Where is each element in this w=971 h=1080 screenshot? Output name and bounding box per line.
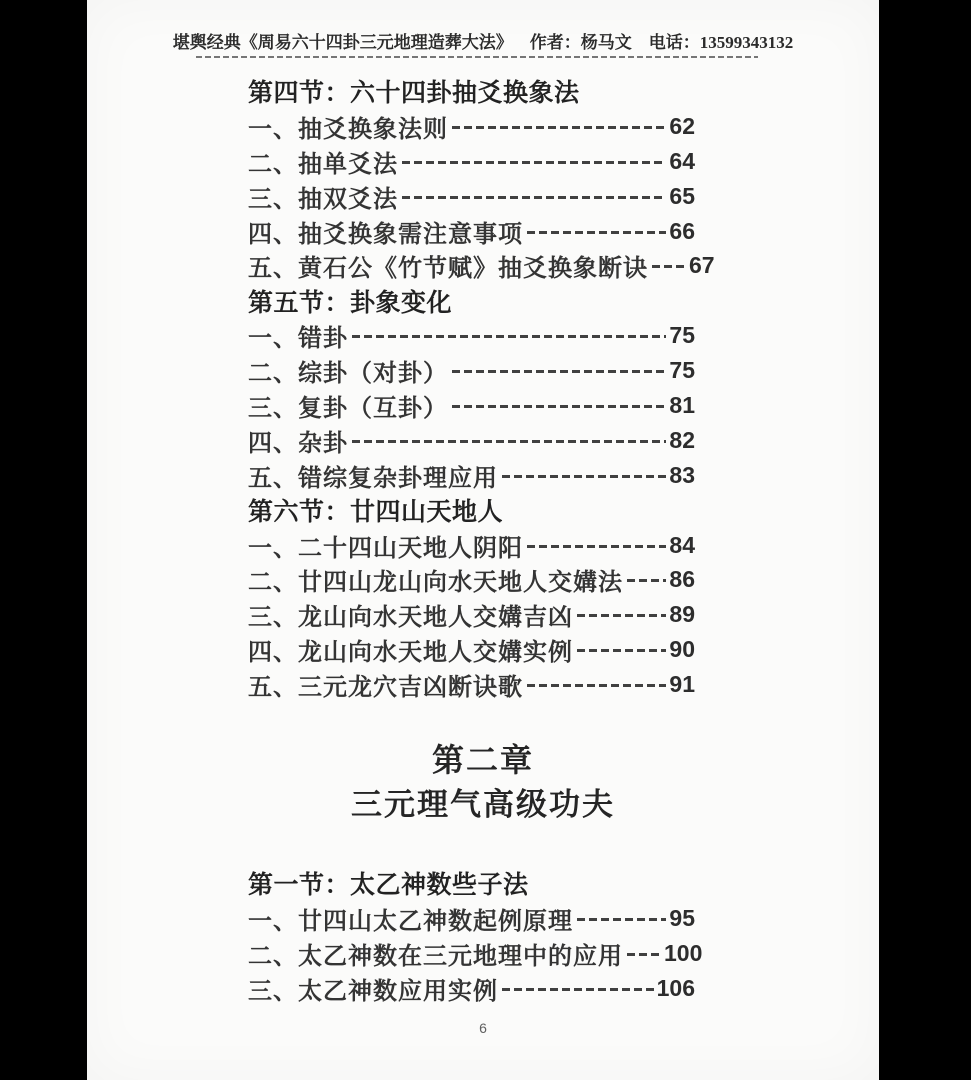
dash-leader [577,918,666,921]
toc-item-title: 三、抽双爻法 [248,179,398,214]
toc-item-title: 一、抽爻换象法则 [248,109,448,144]
dash-leader [627,579,666,582]
toc-item-page: 75 [669,322,695,349]
toc-section-heading: 第五节：卦象变化 [248,283,695,318]
toc-item-page: 95 [669,905,695,932]
toc-item: 二、太乙神数在三元地理中的应用 100 [248,936,695,971]
toc-item-page: 64 [669,148,695,175]
chapter-number: 第二章 [87,738,879,782]
toc-item: 五、三元龙穴吉凶断诀歌 91 [248,667,695,702]
toc-item-title: 五、黄石公《竹节赋》抽爻换象断诀 [248,248,648,283]
toc-item-page: 90 [669,636,695,663]
toc-item-title: 五、三元龙穴吉凶断诀歌 [248,667,523,702]
toc-item-page: 67 [689,252,715,279]
toc-item-title: 二、综卦（对卦） [248,353,448,388]
toc-item-title: 五、错综复杂卦理应用 [248,458,498,493]
toc-item-title: 二、廿四山龙山向水天地人交媾法 [248,562,623,597]
toc-item: 五、黄石公《竹节赋》抽爻换象断诀 67 [248,248,695,283]
toc-section-heading: 第六节：廿四山天地人 [248,493,695,528]
toc-item-title: 四、龙山向水天地人交媾实例 [248,632,573,667]
toc-item-title: 三、龙山向水天地人交媾吉凶 [248,597,573,632]
dash-leader [452,126,666,129]
dash-leader [577,649,666,652]
running-header: 堪舆经典《周易六十四卦三元地理造葬大法》 作者：杨马文 电话：135993431… [87,28,879,53]
toc-section-heading: 第四节：六十四卦抽爻换象法 [248,74,695,109]
toc-item-page: 81 [669,392,695,419]
toc-item-title: 一、二十四山天地人阴阳 [248,528,523,563]
dash-leader [402,161,666,164]
toc-item: 二、廿四山龙山向水天地人交媾法 86 [248,562,695,597]
toc-item-page: 65 [669,183,695,210]
toc-item-title: 三、复卦（互卦） [248,388,448,423]
dash-leader [452,405,666,408]
header-divider [196,56,758,58]
dash-leader [577,614,666,617]
dash-leader [527,231,666,234]
toc-item-title: 二、抽单爻法 [248,144,398,179]
toc-item: 四、杂卦 82 [248,423,695,458]
toc-item-page: 62 [669,113,695,140]
document-page: 堪舆经典《周易六十四卦三元地理造葬大法》 作者：杨马文 电话：135993431… [87,0,879,1080]
dash-leader [352,440,666,443]
table-of-contents-chapter2: 第一节：太乙神数些子法 一、廿四山太乙神数起例原理 95 二、太乙神数在三元地理… [248,866,695,1006]
dash-leader [352,335,666,338]
toc-item-title: 一、廿四山太乙神数起例原理 [248,901,573,936]
toc-item-page: 106 [657,975,695,1002]
toc-item-page: 91 [669,671,695,698]
dash-leader [527,684,666,687]
toc-item-page: 75 [669,357,695,384]
toc-item: 三、抽双爻法 65 [248,179,695,214]
toc-item-page: 86 [669,566,695,593]
dash-leader [402,196,666,199]
chapter-title-block: 第二章 三元理气高级功夫 [87,738,879,828]
toc-item-page: 83 [669,462,695,489]
toc-item: 一、错卦 75 [248,318,695,353]
toc-item: 三、太乙神数应用实例 106 [248,971,695,1006]
toc-item-title: 二、太乙神数在三元地理中的应用 [248,936,623,971]
toc-item: 一、廿四山太乙神数起例原理 95 [248,901,695,936]
toc-item: 四、龙山向水天地人交媾实例 90 [248,632,695,667]
toc-item: 一、抽爻换象法则 62 [248,109,695,144]
dash-leader [452,370,666,373]
dash-leader [527,545,666,548]
toc-item-title: 四、杂卦 [248,423,348,458]
toc-item: 一、二十四山天地人阴阳 84 [248,528,695,563]
book-title: 堪舆经典《周易六十四卦三元地理造葬大法》 [173,28,513,53]
toc-item: 三、复卦（互卦） 81 [248,388,695,423]
page-number: 6 [87,1020,879,1036]
toc-item: 二、综卦（对卦） 75 [248,353,695,388]
toc-item-page: 82 [669,427,695,454]
toc-item-page: 100 [664,940,702,967]
toc-item-page: 89 [669,601,695,628]
author: 作者：杨马文 [530,28,632,53]
dash-leader [502,988,654,991]
toc-item-title: 三、太乙神数应用实例 [248,971,498,1006]
toc-item-title: 一、错卦 [248,318,348,353]
dash-leader [502,475,666,478]
chapter-name: 三元理气高级功夫 [87,782,879,828]
toc-item: 四、抽爻换象需注意事项 66 [248,214,695,249]
toc-item: 五、错综复杂卦理应用 83 [248,458,695,493]
dash-leader [652,265,686,268]
dash-leader [627,953,661,956]
phone: 电话：13599343132 [649,28,794,53]
toc-item-page: 84 [669,532,695,559]
toc-item-page: 66 [669,218,695,245]
toc-section-heading: 第一节：太乙神数些子法 [248,866,695,901]
toc-item-title: 四、抽爻换象需注意事项 [248,214,523,249]
table-of-contents: 第四节：六十四卦抽爻换象法 一、抽爻换象法则 62 二、抽单爻法 64 三、抽双… [248,74,695,702]
toc-item: 三、龙山向水天地人交媾吉凶 89 [248,597,695,632]
toc-item: 二、抽单爻法 64 [248,144,695,179]
scanned-book-page: { "header": { "title": "堪舆经典《周易六十四卦三元地理造… [0,0,971,1080]
